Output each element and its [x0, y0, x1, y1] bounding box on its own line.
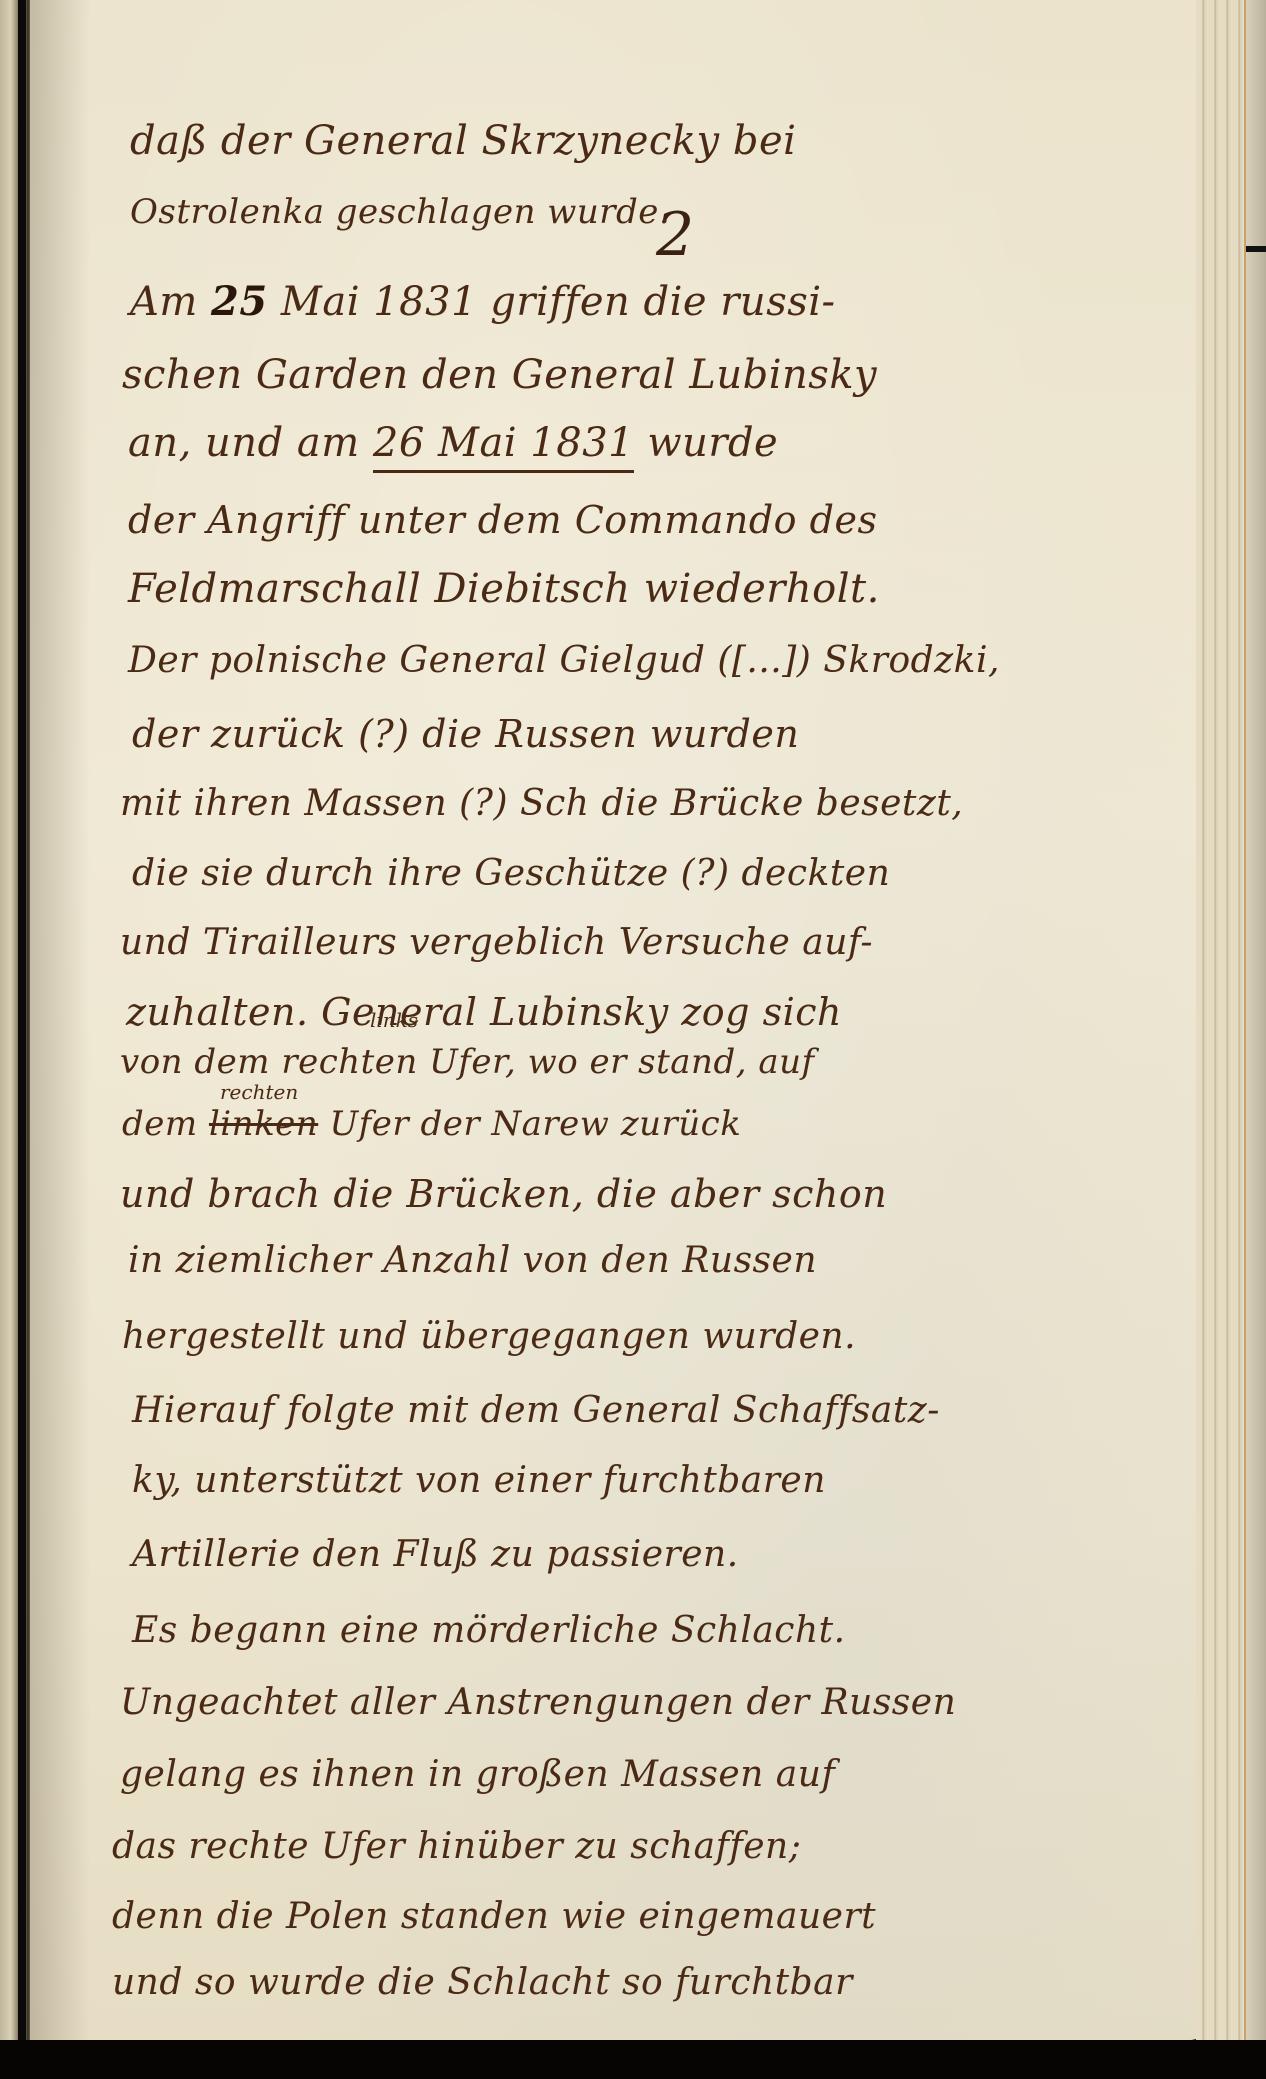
manuscript-line-25: das rechte Ufer hinüber zu schaffen; [112, 1826, 801, 1867]
corrected-date-day: 25 [211, 278, 268, 325]
manuscript-line-12: und Tirailleurs vergeblich Versuche auf- [120, 922, 873, 963]
manuscript-line-6: der Angriff unter dem Commando des [128, 498, 877, 542]
interlinear-insertion-rechten: rechten [220, 1080, 298, 1104]
line-15-text-end: Ufer der Narew zurück [318, 1104, 741, 1144]
manuscript-line-15: dem linken Ufer der Narew zurück [122, 1104, 741, 1144]
manuscript-line-23: Ungeachtet aller Anstrengungen der Russe… [120, 1682, 956, 1723]
manuscript-line-8: Der polnische General Gielgud ([...]) Sk… [128, 640, 1000, 681]
line-15-text-start: dem [122, 1104, 209, 1144]
line-3-text-end: Mai 1831 griffen die russi- [268, 279, 836, 325]
manuscript-scan: 2 daß der General Skrzynecky bei Ostrole… [0, 0, 1266, 2079]
manuscript-line-9: der zurück (?) die Russen wurden [132, 712, 799, 756]
manuscript-line-14: von dem rechten Ufer, wo er stand, auf [120, 1042, 815, 1082]
manuscript-line-27: und so wurde die Schlacht so furchtbar [112, 1962, 853, 2003]
manuscript-line-5: an, und am 26 Mai 1831 wurde [128, 420, 778, 466]
manuscript-line-4: schen Garden den General Lubinsky [122, 352, 877, 398]
line-5-text-end: wurde [634, 420, 778, 466]
manuscript-line-3: Am 25 Mai 1831 griffen die russi- [130, 278, 836, 325]
manuscript-line-19: Hierauf folgte mit dem General Schaffsat… [132, 1390, 940, 1431]
manuscript-line-10: mit ihren Massen (?) Sch die Brücke bese… [120, 783, 963, 824]
handwritten-text: 2 daß der General Skrzynecky bei Ostrole… [0, 0, 1266, 2079]
manuscript-line-24: gelang es ihnen in großen Massen auf [120, 1754, 835, 1795]
manuscript-line-13: zuhalten. General Lubinsky zog sich [126, 990, 842, 1034]
line-3-text-start: Am [130, 279, 211, 325]
manuscript-line-21: Artillerie den Fluß zu passieren. [132, 1534, 739, 1575]
manuscript-line-26: denn die Polen standen wie eingemauert [112, 1896, 876, 1937]
manuscript-line-1: daß der General Skrzynecky bei [130, 118, 796, 164]
manuscript-line-22: Es begann eine mörderliche Schlacht. [132, 1610, 846, 1651]
manuscript-line-11: die sie durch ihre Geschütze (?) deckten [132, 853, 890, 894]
line-5-text-start: an, und am [128, 420, 373, 466]
manuscript-line-16: und brach die Brücken, die aber schon [120, 1172, 887, 1216]
manuscript-line-18: hergestellt und übergegangen wurden. [122, 1316, 856, 1357]
interlinear-insertion-links: links [370, 1008, 418, 1032]
manuscript-line-7: Feldmarschall Diebitsch wiederholt. [128, 566, 880, 612]
underlined-date: 26 Mai 1831 [373, 420, 634, 473]
manuscript-line-2: Ostrolenka geschlagen wurde. [130, 192, 670, 232]
struck-word: linken [209, 1104, 318, 1144]
manuscript-line-20: ky, unterstützt von einer furchtbaren [132, 1460, 826, 1501]
manuscript-line-17: in ziemlicher Anzahl von den Russen [128, 1240, 817, 1281]
